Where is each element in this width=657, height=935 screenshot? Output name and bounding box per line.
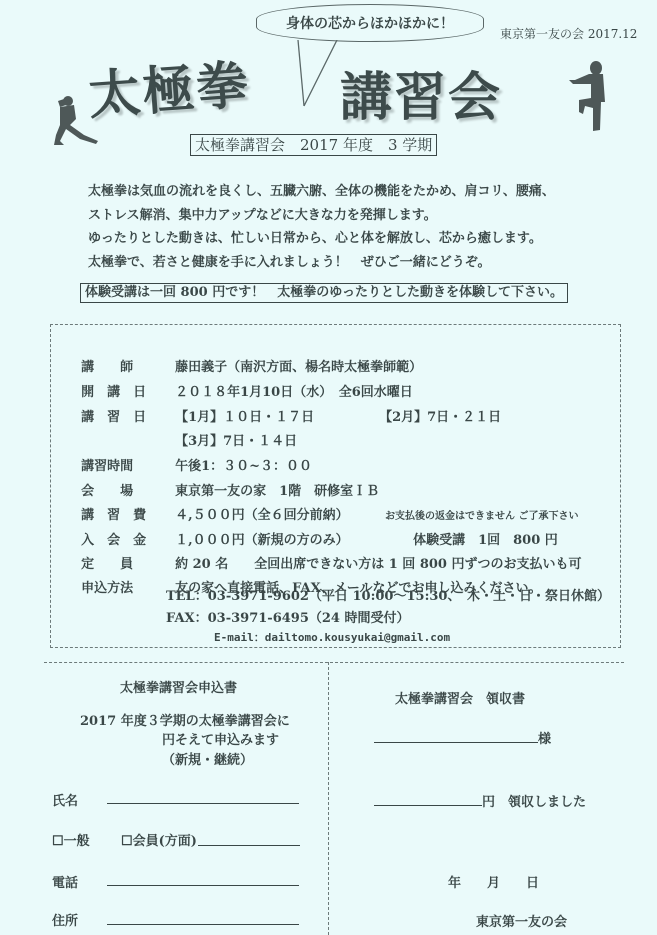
member-area-field[interactable] — [198, 831, 300, 846]
cut-line-horizontal — [44, 662, 624, 663]
application-line-3: （新規・継続） — [162, 749, 253, 768]
intro-line: ゆったりとした動きは、忙しい日常から、心と体を解放し、芯から癒します。 — [88, 227, 555, 251]
receipt-sama: 様 — [538, 728, 551, 747]
intro-text: 太極拳は気血の流れを良くし、五臓六腑、全体の機能をたかめ、肩コリ、腰痛、 ストレ… — [88, 180, 555, 274]
title-class: 講習会 — [340, 55, 502, 130]
application-line-2: 円そえて申込みます — [162, 729, 279, 748]
intro-line: 太極拳は気血の流れを良くし、五臓六腑、全体の機能をたかめ、肩コリ、腰痛、 — [88, 180, 555, 204]
receipt-date: 年 月 日 — [448, 872, 539, 891]
intro-line: ストレス解消、集中力アップなどに大きな力を発揮します。 — [88, 204, 555, 228]
contact-fax: FAX：03-3971-6495（24 時間受付） — [166, 607, 410, 626]
name-label: 氏名 — [52, 790, 78, 809]
course-subtitle: 太極拳講習会 2017 年度 3 学期 — [190, 134, 437, 156]
address-label: 住所 — [52, 910, 78, 929]
detail-value: 【2月】7日・２１日 — [379, 410, 501, 425]
receipt-received-text: 円 領収しました — [482, 791, 586, 810]
member-checkbox[interactable]: ☐会員(方面) — [121, 830, 197, 849]
contact-email[interactable]: E-mail：dailtomo.kousyukai@gmail.com — [214, 629, 450, 645]
detail-label: 申込方法 — [81, 577, 175, 596]
taichi-figure-right-icon — [565, 60, 610, 135]
general-checkbox[interactable]: ☐一般 — [52, 830, 90, 849]
phone-label: 電話 — [52, 872, 78, 891]
phone-field[interactable] — [107, 871, 299, 886]
application-line-1: 2017 年度３学期の太極拳講習会に — [80, 710, 290, 729]
organization-date: 東京第一友の会 2017.12 — [500, 25, 637, 42]
contact-tel: TEL：03-3971-9602（平日 10:00～15:30、 木・土・日・祭… — [166, 585, 610, 604]
receipt-name-field[interactable] — [374, 728, 538, 743]
receipt-title: 太極拳講習会 領収書 — [395, 688, 525, 707]
address-field[interactable] — [107, 910, 299, 925]
cut-line-vertical — [328, 662, 329, 935]
trial-notice: 体験受講は一回 800 円です！ 太極拳のゆったりとした動きを体験して下さい。 — [80, 283, 568, 303]
title-taichi: 太極拳 — [86, 42, 253, 128]
taichi-figure-left-icon — [50, 95, 105, 155]
speech-bubble: 身体の芯からほかほかに！ — [256, 4, 484, 42]
receipt-amount-field[interactable] — [374, 791, 482, 806]
bubble-text: 身体の芯からほかほかに！ — [286, 13, 454, 33]
intro-line: 太極拳で、若さと健康を手に入れましょう！ ぜひご一緒にどうぞ。 — [88, 251, 555, 275]
application-form-title: 太極拳講習会申込書 — [120, 677, 237, 696]
name-field[interactable] — [107, 789, 299, 804]
receipt-issuer: 東京第一友の会 — [476, 911, 567, 930]
